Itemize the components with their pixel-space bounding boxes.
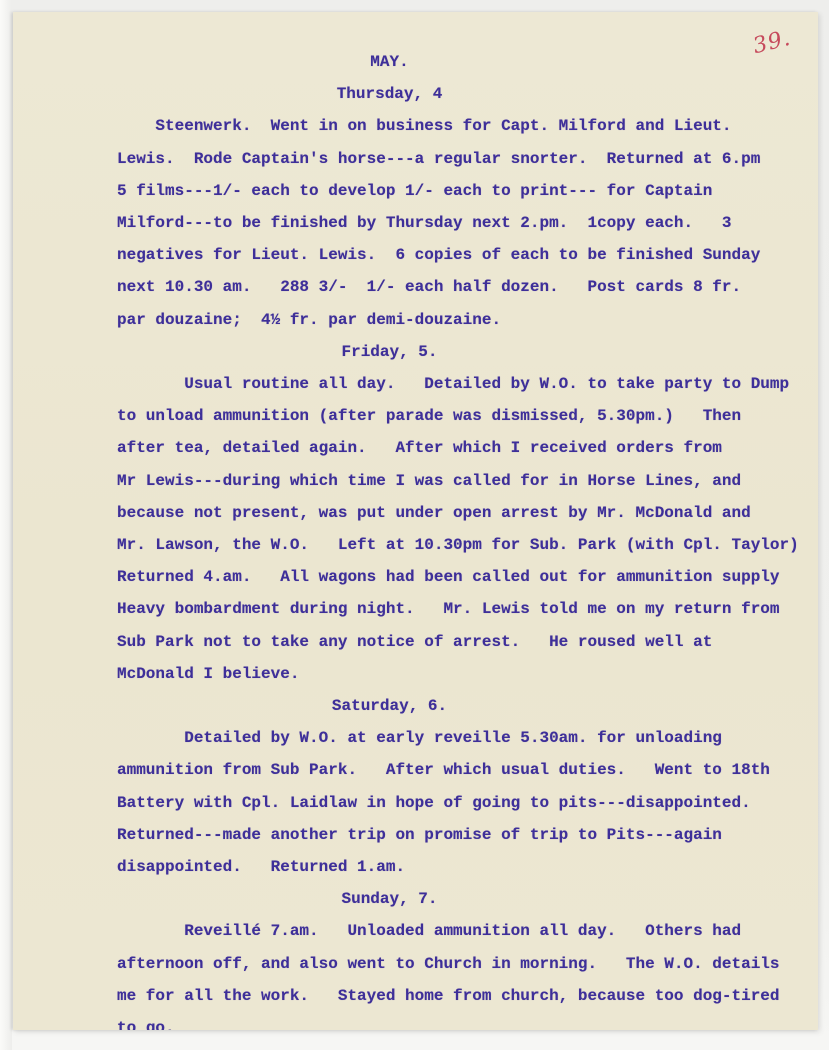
diary-line: Detailed by W.O. at early reveille 5.30a…	[117, 722, 818, 754]
diary-line: to go.	[117, 1012, 818, 1030]
diary-line: Usual routine all day. Detailed by W.O. …	[117, 368, 818, 400]
entry-heading-friday-5: Friday, 5.	[13, 336, 792, 368]
diary-line: McDonald I believe.	[117, 658, 818, 690]
diary-line: 5 films---1/- each to develop 1/- each t…	[117, 175, 818, 207]
diary-line: Lewis. Rode Captain's horse---a regular …	[117, 143, 818, 175]
diary-entry: Friday, 5. Usual routine all day. Detail…	[117, 336, 818, 690]
diary-line: because not present, was put under open …	[117, 497, 818, 529]
diary-line: ammunition from Sub Park. After which us…	[117, 754, 818, 786]
diary-line: me for all the work. Stayed home from ch…	[117, 980, 818, 1012]
scan-edge-strip	[0, 0, 12, 1050]
diary-line: Returned---made another trip on promise …	[117, 819, 818, 851]
diary-line: Sub Park not to take any notice of arres…	[117, 626, 818, 658]
entry-heading-sunday-7: Sunday, 7.	[13, 883, 792, 915]
diary-line: afternoon off, and also went to Church i…	[117, 948, 818, 980]
diary-line: Reveillé 7.am. Unloaded ammunition all d…	[117, 915, 818, 947]
diary-line: Heavy bombardment during night. Mr. Lewi…	[117, 593, 818, 625]
diary-line: to unload ammunition (after parade was d…	[117, 400, 818, 432]
diary-line: Returned 4.am. All wagons had been calle…	[117, 561, 818, 593]
diary-page: 39. MAY. Thursday, 4 Steenwerk. Went in …	[13, 12, 818, 1030]
typed-content: MAY. Thursday, 4 Steenwerk. Went in on b…	[117, 46, 818, 1030]
entry-heading-thursday-4: Thursday, 4	[13, 78, 792, 110]
entry-heading-saturday-6: Saturday, 6.	[13, 690, 792, 722]
diary-line: Steenwerk. Went in on business for Capt.…	[117, 110, 818, 142]
diary-line: par douzaine; 4½ fr. par demi-douzaine.	[117, 304, 818, 336]
diary-entry: Saturday, 6. Detailed by W.O. at early r…	[117, 690, 818, 883]
diary-line: next 10.30 am. 288 3/- 1/- each half doz…	[117, 271, 818, 303]
diary-line: Mr. Lawson, the W.O. Left at 10.30pm for…	[117, 529, 818, 561]
diary-entry: Sunday, 7. Reveillé 7.am. Unloaded ammun…	[117, 883, 818, 1030]
diary-line: after tea, detailed again. After which I…	[117, 432, 818, 464]
diary-line: Mr Lewis---during which time I was calle…	[117, 465, 818, 497]
diary-line: disappointed. Returned 1.am.	[117, 851, 818, 883]
month-heading: MAY.	[13, 46, 792, 78]
diary-line: Milford---to be finished by Thursday nex…	[117, 207, 818, 239]
diary-entry: Thursday, 4 Steenwerk. Went in on busine…	[117, 78, 818, 336]
diary-line: negatives for Lieut. Lewis. 6 copies of …	[117, 239, 818, 271]
diary-line: Battery with Cpl. Laidlaw in hope of goi…	[117, 787, 818, 819]
